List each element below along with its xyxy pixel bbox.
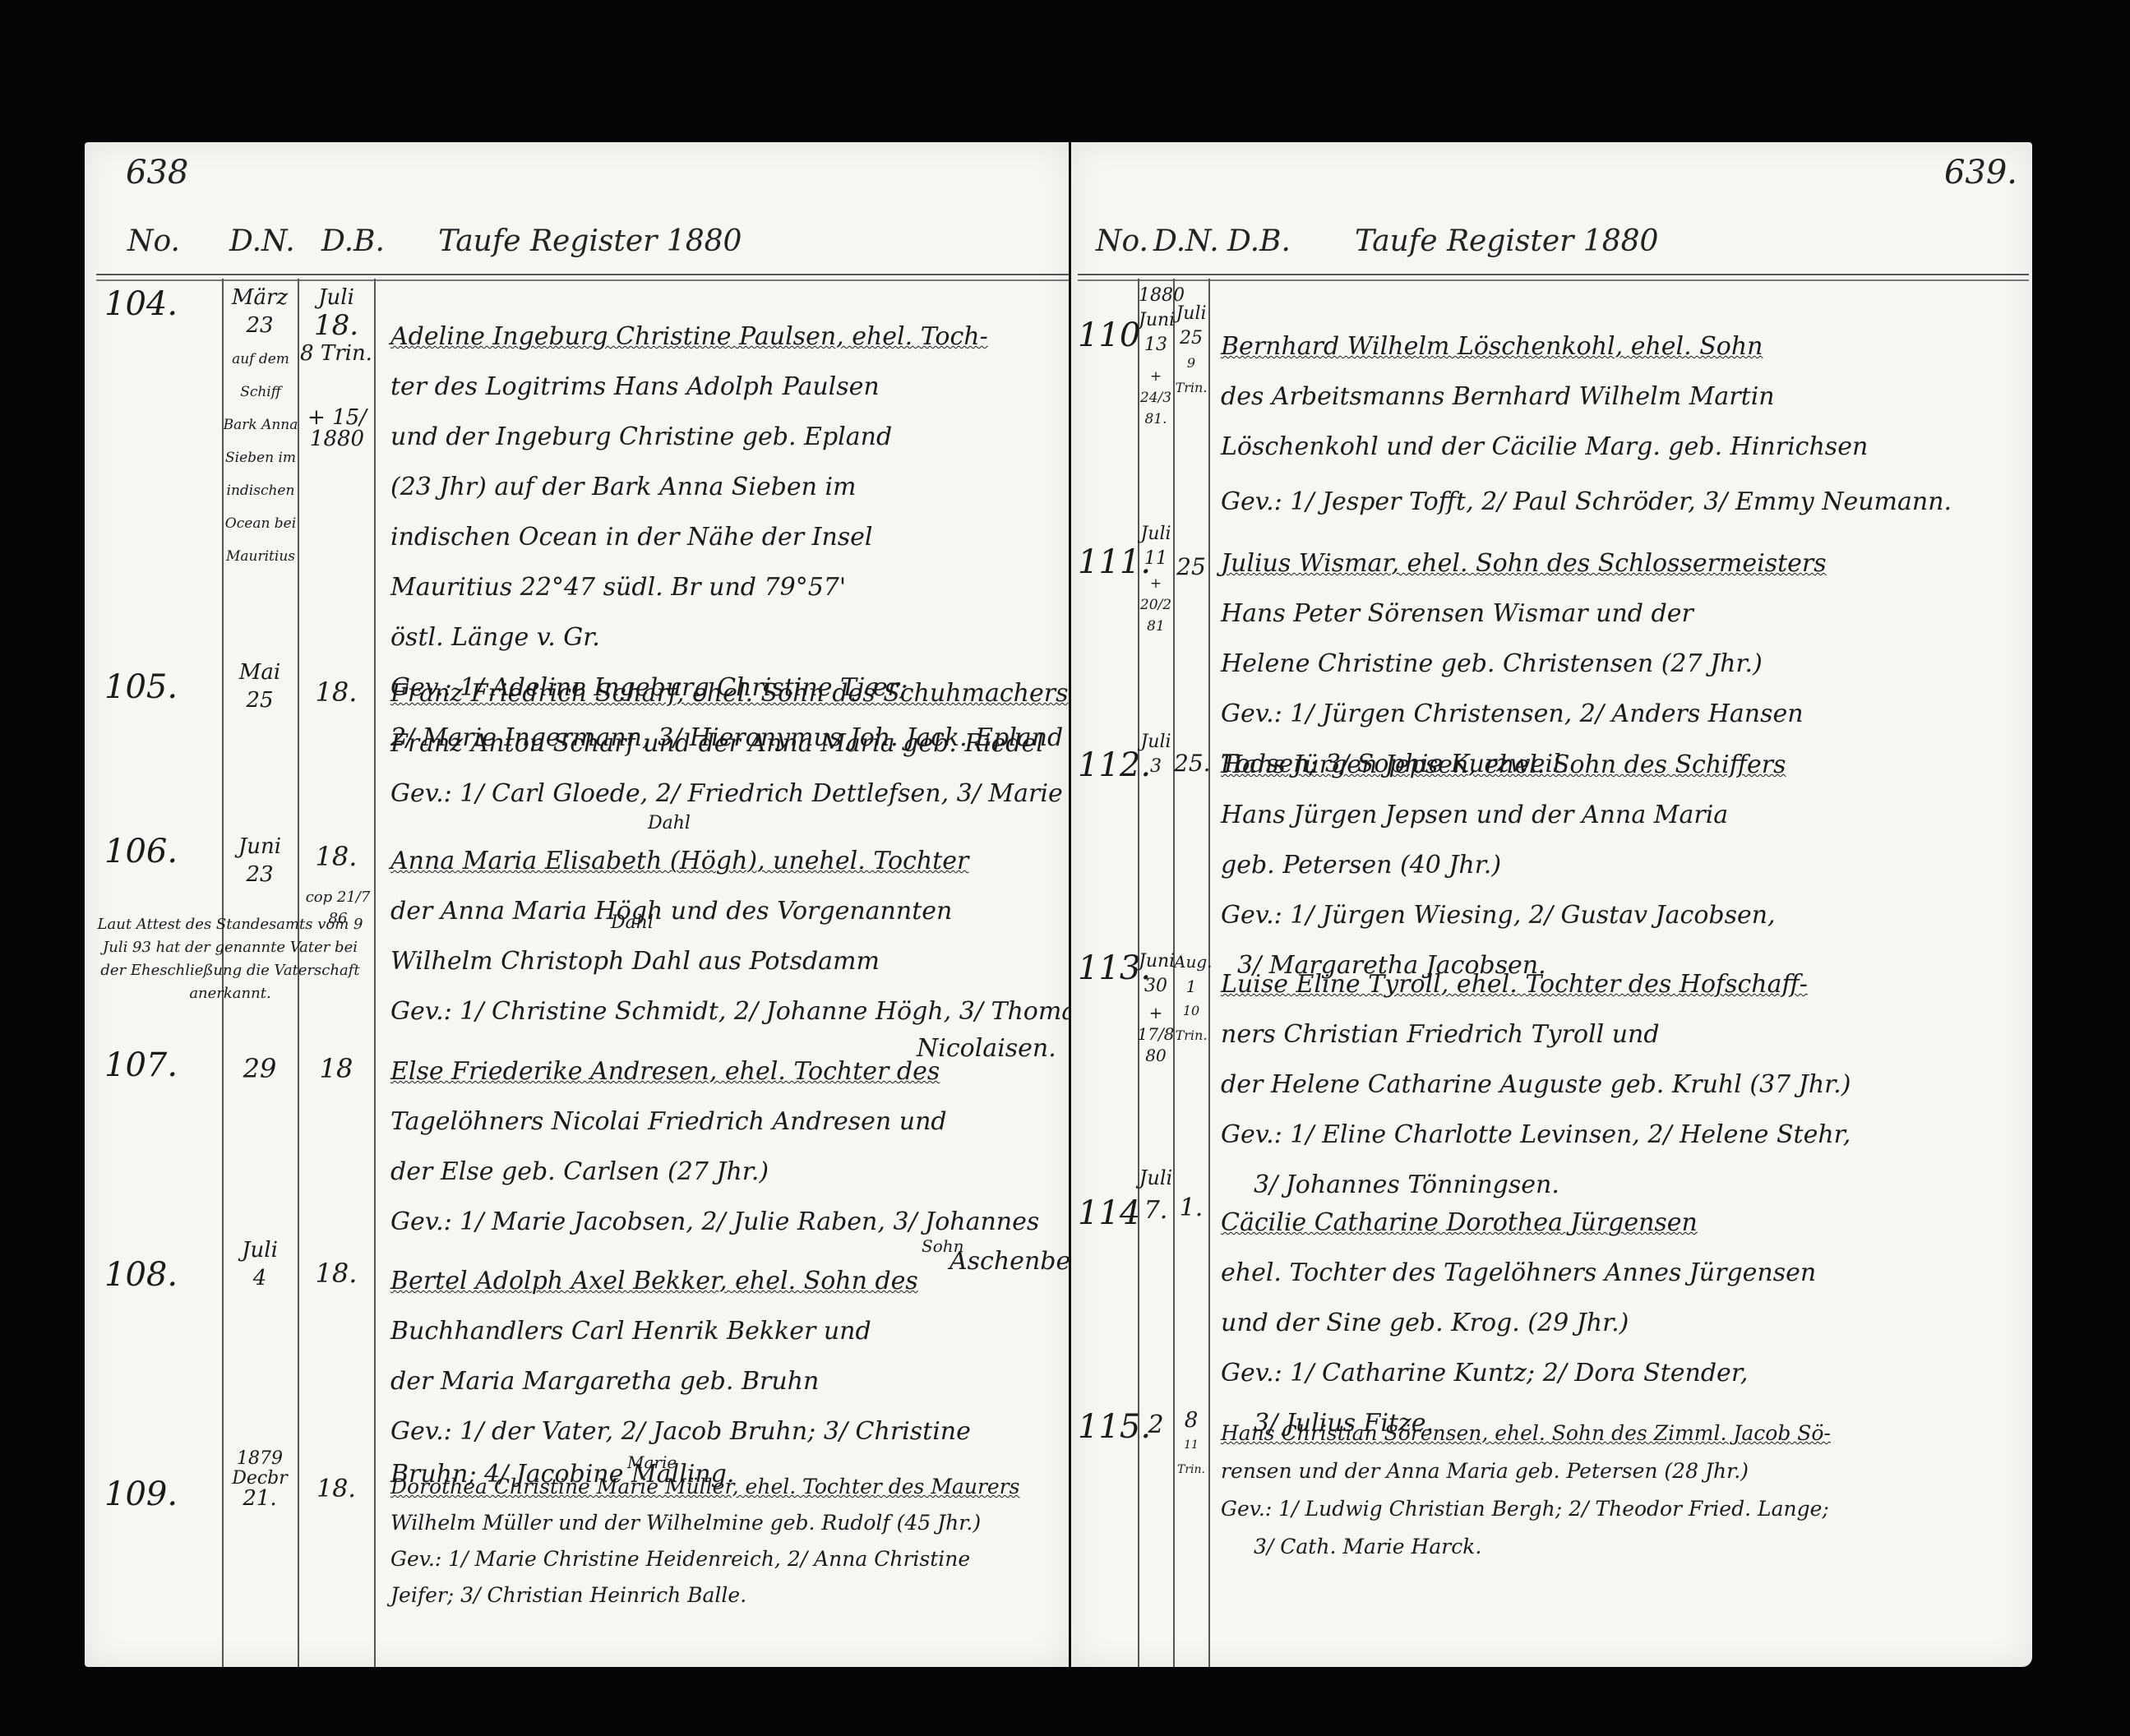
column-header-dn: D.N. [229,224,295,258]
entry-number: 104. [104,285,178,323]
baptism-date: 25 [1174,553,1208,581]
baptism-date: 18. [298,1259,374,1287]
baptism-date: Aug.110 Trin. [1174,949,1208,1048]
column-header-db: D.B. [1227,224,1291,258]
entry-number: 109. [104,1475,178,1513]
entry-text: Dorothea Christine Marie Müller, ehel. T… [390,1469,1019,1614]
column-header-db: D.B. [321,224,385,258]
column-header-dn: D.N. [1153,224,1219,258]
birth-date: 1879Decbr21. [223,1449,297,1508]
column-header-no: No. [1096,224,1148,258]
entry-text: Bertel Adolph Axel Bekker, ehel. Sohn de… [390,1256,971,1493]
entry-text: Hans Jürgen Jepsen, ehel. Sohn des Schif… [1221,740,1786,990]
birth-date: Juli4 [223,1236,297,1292]
death-note: + 17/8 80 [1135,1002,1176,1066]
baptism-date: 18 [298,1055,374,1083]
entry-text: Luise Eline Tyroll, ehel. Tochter des Ho… [1221,959,1850,1210]
column-header-no: No. [127,224,180,258]
birth-date: Juli7. [1139,1161,1173,1227]
baptism-date: Juli259 Trin. [1174,302,1208,400]
entry-number: 106. [104,833,178,870]
birth-date: Juli11 [1139,522,1173,571]
birth-date: Juni30 [1139,949,1173,999]
birth-date: Juli3 [1139,730,1173,779]
birth-date: Juni23 [223,833,297,889]
register-title: Taufe Register 1880 [1355,224,1658,258]
birth-place-note: auf dem Schiff Bark Anna Sieben im indis… [223,343,298,573]
birth-date: 1880Juni13 [1139,284,1173,358]
birth-date: 29 [223,1055,297,1083]
margin-note-paternity: Laut Attest des Standesamts vom 9 Juli 9… [88,913,372,1005]
baptism-date: 18. [298,678,374,706]
register-title: Taufe Register 1880 [438,224,742,258]
entry-number: 110 [1078,316,1140,354]
birth-date: März23 [223,284,297,339]
left-page: 638 No. D.N. D.B. Taufe Register 1880 10… [85,142,1069,1667]
entry-text: Bernhard Wilhelm Löschenkohl, ehel. Sohn… [1221,321,1952,527]
entry-text: Cäcilie Catharine Dorothea Jürgensen ehe… [1221,1198,1816,1448]
column-divider [374,279,376,1667]
entry-number: 114 [1078,1194,1140,1232]
header-rule [1078,274,2029,281]
entry-text: Anna Maria Elisabeth (Högh), unehel. Toc… [390,836,1089,1061]
death-note: + 20/2 81 [1135,573,1176,637]
page-number: 639. [1944,154,2017,192]
insertion-note: Dahl [648,813,691,833]
header-rule [96,274,1069,281]
baptism-date: 18. [298,843,374,870]
birth-date: Mai25 [223,658,297,714]
baptism-date: 811 Trin. [1174,1408,1208,1482]
baptism-date: Juli18.8 Trin. [298,284,374,367]
death-note: + 15/ 1880 [300,407,374,450]
entry-number: 108. [104,1256,178,1294]
column-divider [1208,279,1210,1667]
entry-number: 107. [104,1046,178,1084]
entry-text: Hans Christian Sörensen, ehel. Sohn des … [1221,1415,1831,1566]
baptism-date: 1. [1174,1194,1208,1222]
entry-text: Else Friederike Andresen, ehel. Tochter … [390,1046,1106,1277]
baptism-date: 25. [1174,750,1208,778]
baptism-date: 18. [298,1475,374,1503]
insertion-note: Sohn [922,1236,964,1256]
page-number: 638 [126,154,188,192]
death-note: + 24/3 81. [1135,366,1176,430]
entry-number: 105. [104,668,178,706]
birth-date: 2 [1139,1411,1173,1439]
right-page: 639. No. D.N. D.B. Taufe Register 1880 1… [1071,142,2032,1667]
